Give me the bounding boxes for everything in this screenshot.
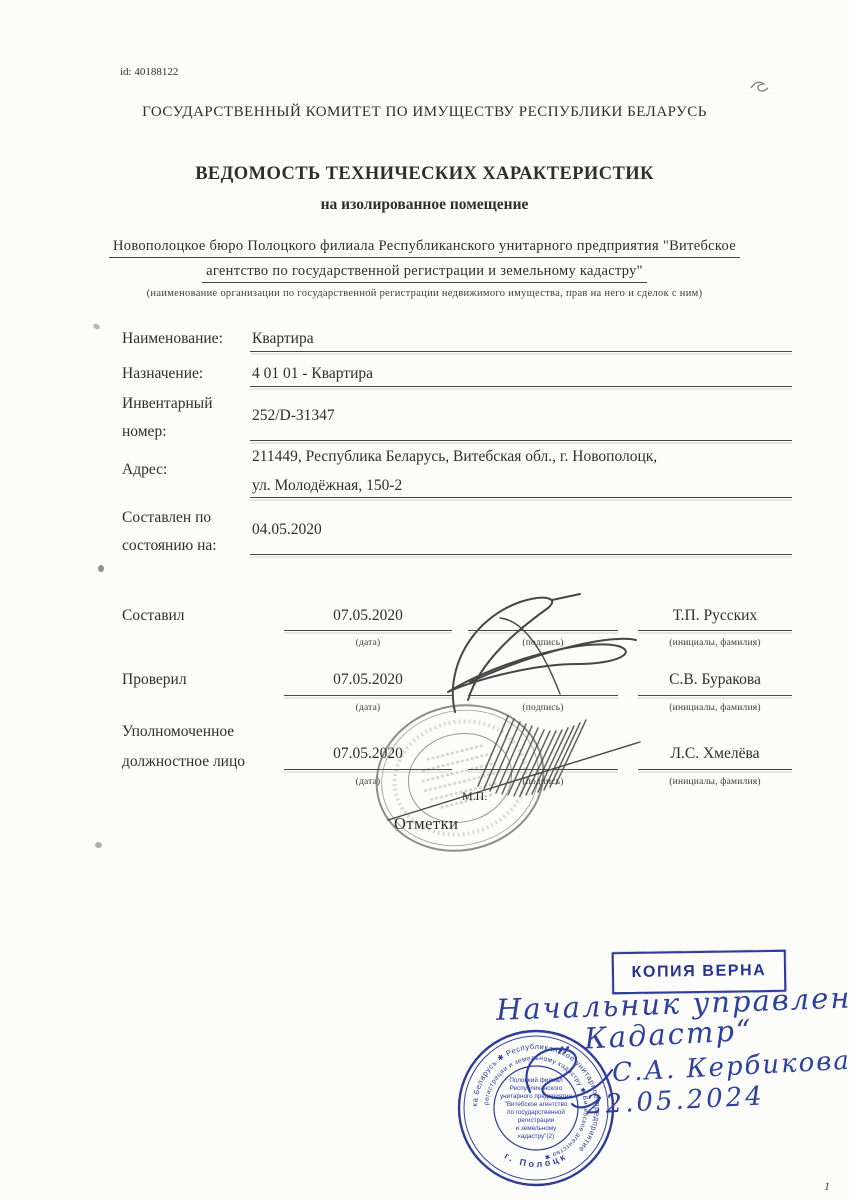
field-label-asof-2: состоянию на:: [122, 537, 217, 555]
page-subtitle: на изолированное помещение: [0, 196, 849, 214]
signature-underline: [468, 630, 618, 631]
field-value-asof: 04.05.2020: [252, 521, 322, 539]
scan-speck: [92, 323, 101, 331]
field-underline: [250, 440, 792, 441]
field-label-address: Адрес:: [122, 461, 167, 479]
signer-role: Составил: [122, 607, 185, 625]
signature-date: 07.05.2020: [284, 671, 452, 689]
signer-role-line2: должностное лицо: [122, 753, 245, 771]
page-title: ВЕДОМОСТЬ ТЕХНИЧЕСКИХ ХАРАКТЕРИСТИК: [0, 164, 849, 185]
caption-sign: (подпись): [468, 703, 618, 713]
field-label-inventory-1: Инвентарный: [122, 395, 213, 413]
field-value-purpose: 4 01 01 - Квартира: [252, 365, 373, 383]
organization-line1: Новополоцкое бюро Полоцкого филиала Респ…: [0, 238, 849, 258]
document-page: id: 40188122 ГОСУДАРСТВЕННЫЙ КОМИТЕТ ПО …: [0, 0, 849, 1200]
scan-speck: [95, 842, 102, 848]
stamp-center-line: кадастру"(2): [518, 1133, 554, 1140]
field-value-address-1: 211449, Республика Беларусь, Витебская о…: [252, 448, 657, 466]
caption-name: (инициалы, фамилия): [638, 638, 792, 648]
copy-verna-text: КОПИЯ ВЕРНА: [631, 962, 766, 982]
caption-date: (дата): [284, 638, 452, 648]
field-value-inventory: 252/D-31347: [252, 407, 335, 425]
caption-date: (дата): [284, 703, 452, 713]
caption-date: (дата): [284, 777, 452, 787]
signature-underline: [468, 695, 618, 696]
field-value-address-2: ул. Молодёжная, 150-2: [252, 477, 402, 495]
field-underline: [250, 497, 792, 498]
scan-speck: [98, 565, 104, 572]
organization-caption: (наименование организации по государстве…: [0, 288, 849, 299]
field-label-purpose: Назначение:: [122, 365, 203, 383]
organization-line2: агентство по государственной регистрации…: [0, 263, 849, 283]
page-number: 1: [824, 1179, 830, 1194]
field-label-asof-1: Составлен по: [122, 509, 211, 527]
field-underline: [250, 386, 792, 387]
marks-heading: Отметки: [394, 814, 458, 834]
signer-role: Проверил: [122, 671, 187, 689]
signature-underline: [638, 630, 792, 631]
field-label-inventory-2: номер:: [122, 423, 167, 441]
committee-heading: ГОСУДАРСТВЕННЫЙ КОМИТЕТ ПО ИМУЩЕСТВУ РЕС…: [0, 104, 849, 121]
stamp-center-line: и земельному: [516, 1125, 558, 1132]
mp-label: М.П.: [462, 789, 487, 804]
signature-underline: [284, 769, 452, 770]
signature-underline: [284, 695, 452, 696]
caption-sign: (подпись): [468, 777, 618, 787]
caption-name: (инициалы, фамилия): [638, 777, 792, 787]
signature-date: 07.05.2020: [284, 745, 452, 763]
stamp-center-line: регистрации: [518, 1117, 555, 1124]
signer-role-line1: Уполномоченное: [122, 723, 234, 741]
field-underline: [250, 351, 792, 352]
caption-sign: (подпись): [468, 638, 618, 648]
field-value-name: Квартира: [252, 330, 314, 348]
signer-name: Т.П. Русских: [638, 607, 792, 625]
signature-and-stamp-area: [340, 555, 685, 885]
signature-underline: [638, 769, 792, 770]
caption-name: (инициалы, фамилия): [638, 703, 792, 713]
signature-date: 07.05.2020: [284, 607, 452, 625]
pencil-mark-icon: [747, 74, 777, 96]
field-label-name: Наименование:: [122, 330, 223, 348]
signer-name: Л.С. Хмелёва: [638, 745, 792, 763]
signer-name: С.В. Буракова: [638, 671, 792, 689]
signature-underline: [468, 769, 618, 770]
document-id-label: id: 40188122: [120, 66, 178, 78]
signature-underline: [638, 695, 792, 696]
signature-underline: [284, 630, 452, 631]
